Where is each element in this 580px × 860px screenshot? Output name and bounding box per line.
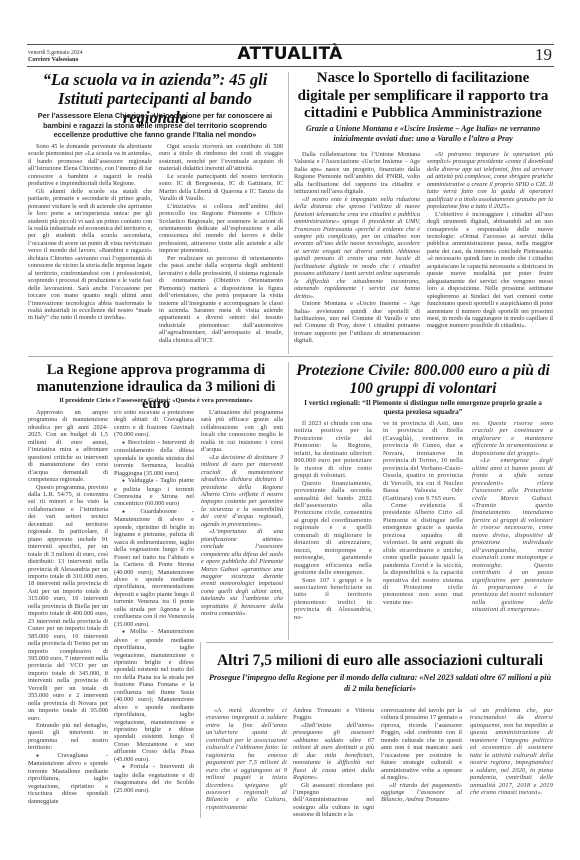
article-column: ve in provincia di Asti, uno in provinci…	[383, 420, 463, 606]
page-number: 19	[535, 45, 552, 65]
article-subheadline: Grazie a Unione Montana e «Uscire Insiem…	[294, 124, 552, 144]
article-column: L’attuazione del programma sarà più effi…	[201, 409, 283, 618]
article-column: «è un problema che, pur trascinandosi da…	[470, 707, 553, 796]
article-subheadline: Per l’assessore Elena Chiorino: «Un’occa…	[28, 111, 282, 140]
section-title: ATTUALITÀ	[0, 44, 580, 64]
article-column: e/o sotto escavate a protezione degli ab…	[114, 409, 194, 794]
article-column: convocazione del tavolo per la cultura i…	[381, 707, 462, 804]
article-column: Approvato un ampio programma di manutenz…	[28, 409, 108, 805]
article-column: Dalla collaborazione tra l’Unione Montan…	[294, 151, 420, 345]
article-column: Il 2023 si chiude con una notizia positi…	[294, 420, 372, 621]
article-headline: La Regione approva programma di manutenz…	[28, 362, 284, 413]
section-divider	[28, 356, 553, 357]
article-headline: Protezione Civile: 800.000 euro a più di…	[294, 362, 552, 397]
article-column: no. Queste risorse sono cruciali per con…	[472, 420, 553, 614]
article-column: Ogni scuola riceverà un contributo di 50…	[159, 143, 283, 344]
column-divider	[288, 362, 289, 640]
article-column: «Si potranno imparare le operazioni più …	[427, 151, 553, 330]
section-divider	[206, 642, 553, 643]
article-headline: Nasce lo Sportello di facilitazione digi…	[294, 70, 552, 123]
article-headline: Altri 7,5 milioni di euro alle associazi…	[206, 652, 554, 670]
article-column: Sono 45 le domande pervenute da altretta…	[28, 143, 152, 322]
article-column: Andrea Tronzano e Vittoria Poggio. «Dall…	[293, 707, 374, 819]
article-column: «A metà dicembre ci eravamo impegnati a …	[206, 707, 287, 811]
article-subheadline: Il presidente Cirio e l’assessore Gabusi…	[28, 397, 284, 405]
article-subheadline: I vertici regionali: “Il Piemonte si dis…	[294, 398, 552, 416]
header-bottom-rule	[27, 66, 554, 67]
column-divider	[288, 72, 289, 354]
column-divider	[200, 642, 201, 818]
article-subheadline: Prosegue l’impegno della Regione per il …	[206, 673, 554, 694]
